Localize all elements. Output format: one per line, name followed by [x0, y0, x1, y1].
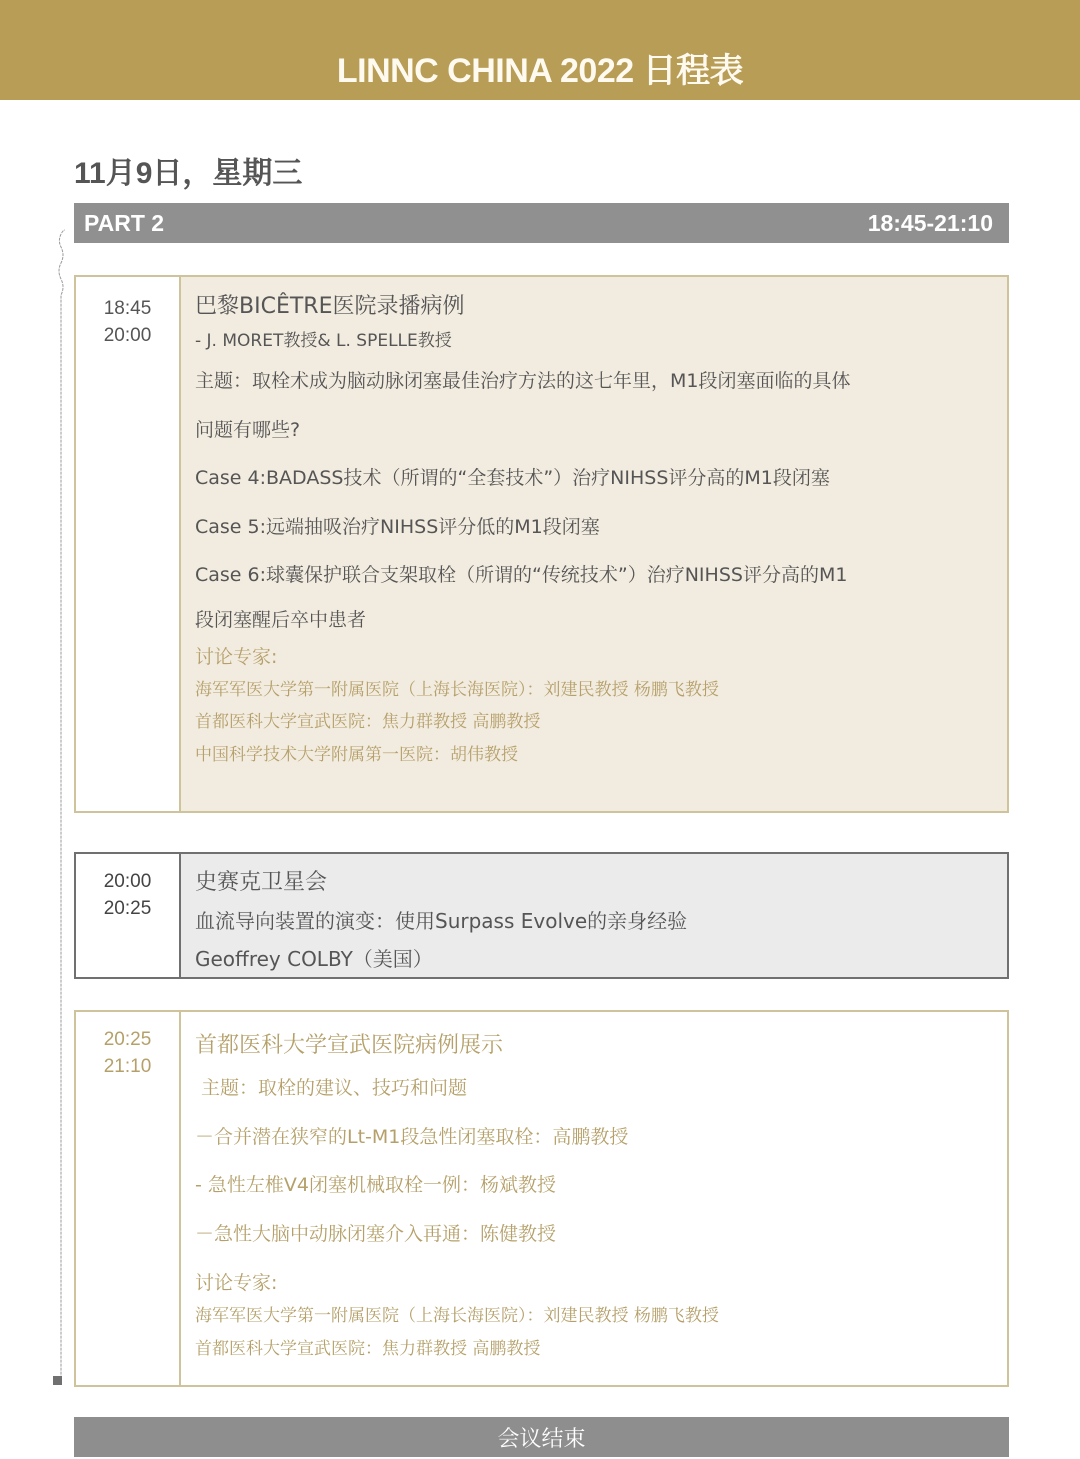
start-time: 20:00	[76, 868, 179, 895]
page-title: LINNC CHINA 2022 日程表	[337, 43, 743, 92]
date-heading: 11月9日，星期三	[74, 148, 302, 192]
session-content: 首都医科大学宣武医院病例展示 主题：取栓的建议、技巧和问题 －合并潜在狭窄的Lt…	[181, 1012, 1007, 1385]
start-time: 18:45	[76, 295, 179, 322]
session-line: Geoffrey COLBY（美国）	[195, 940, 993, 978]
session-bicetre: 18:45 20:00 巴黎BICÊTRE医院录播病例 - J. MORET教授…	[74, 275, 1009, 813]
session-line: 段闭塞醒后卒中患者	[195, 600, 993, 640]
header-banner: LINNC CHINA 2022 日程表	[0, 0, 1080, 100]
session-line: 血流导向装置的演变：使用Surpass Evolve的亲身经验	[195, 902, 993, 940]
end-time: 20:25	[76, 895, 179, 922]
part-label: PART 2	[84, 210, 164, 237]
session-title: 首都医科大学宣武医院病例展示	[195, 1028, 993, 1064]
part-header: PART 2 18:45-21:10	[74, 203, 1009, 243]
session-stryker: 20:00 20:25 史赛克卫星会 血流导向装置的演变：使用Surpass E…	[74, 852, 1009, 979]
session-line: 主题：取栓的建议、技巧和问题	[195, 1064, 993, 1113]
timeline-line	[55, 225, 65, 1382]
session-time: 18:45 20:00	[76, 277, 181, 811]
session-line: Case 4:BADASS技术（所谓的“全套技术”）治疗NIHSS评分高的M1段…	[195, 454, 993, 503]
part-time-range: 18:45-21:10	[868, 210, 993, 237]
conference-end-label: 会议结束	[497, 1422, 585, 1453]
session-line: Case 5:远端抽吸治疗NIHSS评分低的M1段闭塞	[195, 503, 993, 552]
session-content: 巴黎BICÊTRE医院录播病例 - J. MORET教授& L. SPELLE教…	[181, 277, 1007, 811]
session-line: Case 6:球囊保护联合支架取栓（所谓的“传统技术”）治疗NIHSS评分高的M…	[195, 551, 993, 600]
end-time: 20:00	[76, 322, 179, 349]
session-line: －合并潜在狭窄的Lt-M1段急性闭塞取栓：高鹏教授	[195, 1113, 993, 1162]
timeline-end-marker	[53, 1376, 62, 1385]
session-xuanwu: 20:25 21:10 首都医科大学宣武医院病例展示 主题：取栓的建议、技巧和问…	[74, 1010, 1009, 1387]
experts-label: 讨论专家:	[195, 640, 993, 674]
session-time: 20:25 21:10	[76, 1012, 181, 1385]
expert-line: 首都医科大学宣武医院：焦力群教授 高鹏教授	[195, 706, 993, 739]
session-content: 史赛克卫星会 血流导向装置的演变：使用Surpass Evolve的亲身经验 G…	[181, 854, 1007, 977]
expert-line: 海军军医大学第一附属医院（上海长海医院）：刘建民教授 杨鹏飞教授	[195, 1300, 993, 1333]
end-time: 21:10	[76, 1053, 179, 1080]
session-title: 史赛克卫星会	[195, 864, 993, 902]
session-line: 主题：取栓术成为脑动脉闭塞最佳治疗方法的这七年里，M1段闭塞面临的具体	[195, 357, 993, 406]
session-title: 巴黎BICÊTRE医院录播病例	[195, 289, 993, 325]
session-line: 问题有哪些?	[195, 406, 993, 455]
conference-end-bar: 会议结束	[74, 1417, 1009, 1457]
session-line: －急性大脑中动脉闭塞介入再通：陈健教授	[195, 1210, 993, 1259]
session-time: 20:00 20:25	[76, 854, 181, 977]
session-speakers: - J. MORET教授& L. SPELLE教授	[195, 325, 993, 357]
experts-label: 讨论专家:	[195, 1266, 993, 1300]
expert-line: 海军军医大学第一附属医院（上海长海医院）：刘建民教授 杨鹏飞教授	[195, 674, 993, 707]
expert-line: 首都医科大学宣武医院：焦力群教授 高鹏教授	[195, 1333, 993, 1366]
expert-line: 中国科学技术大学附属第一医院：胡伟教授	[195, 739, 993, 772]
start-time: 20:25	[76, 1026, 179, 1053]
session-line: - 急性左椎V4闭塞机械取栓一例：杨斌教授	[195, 1161, 993, 1210]
